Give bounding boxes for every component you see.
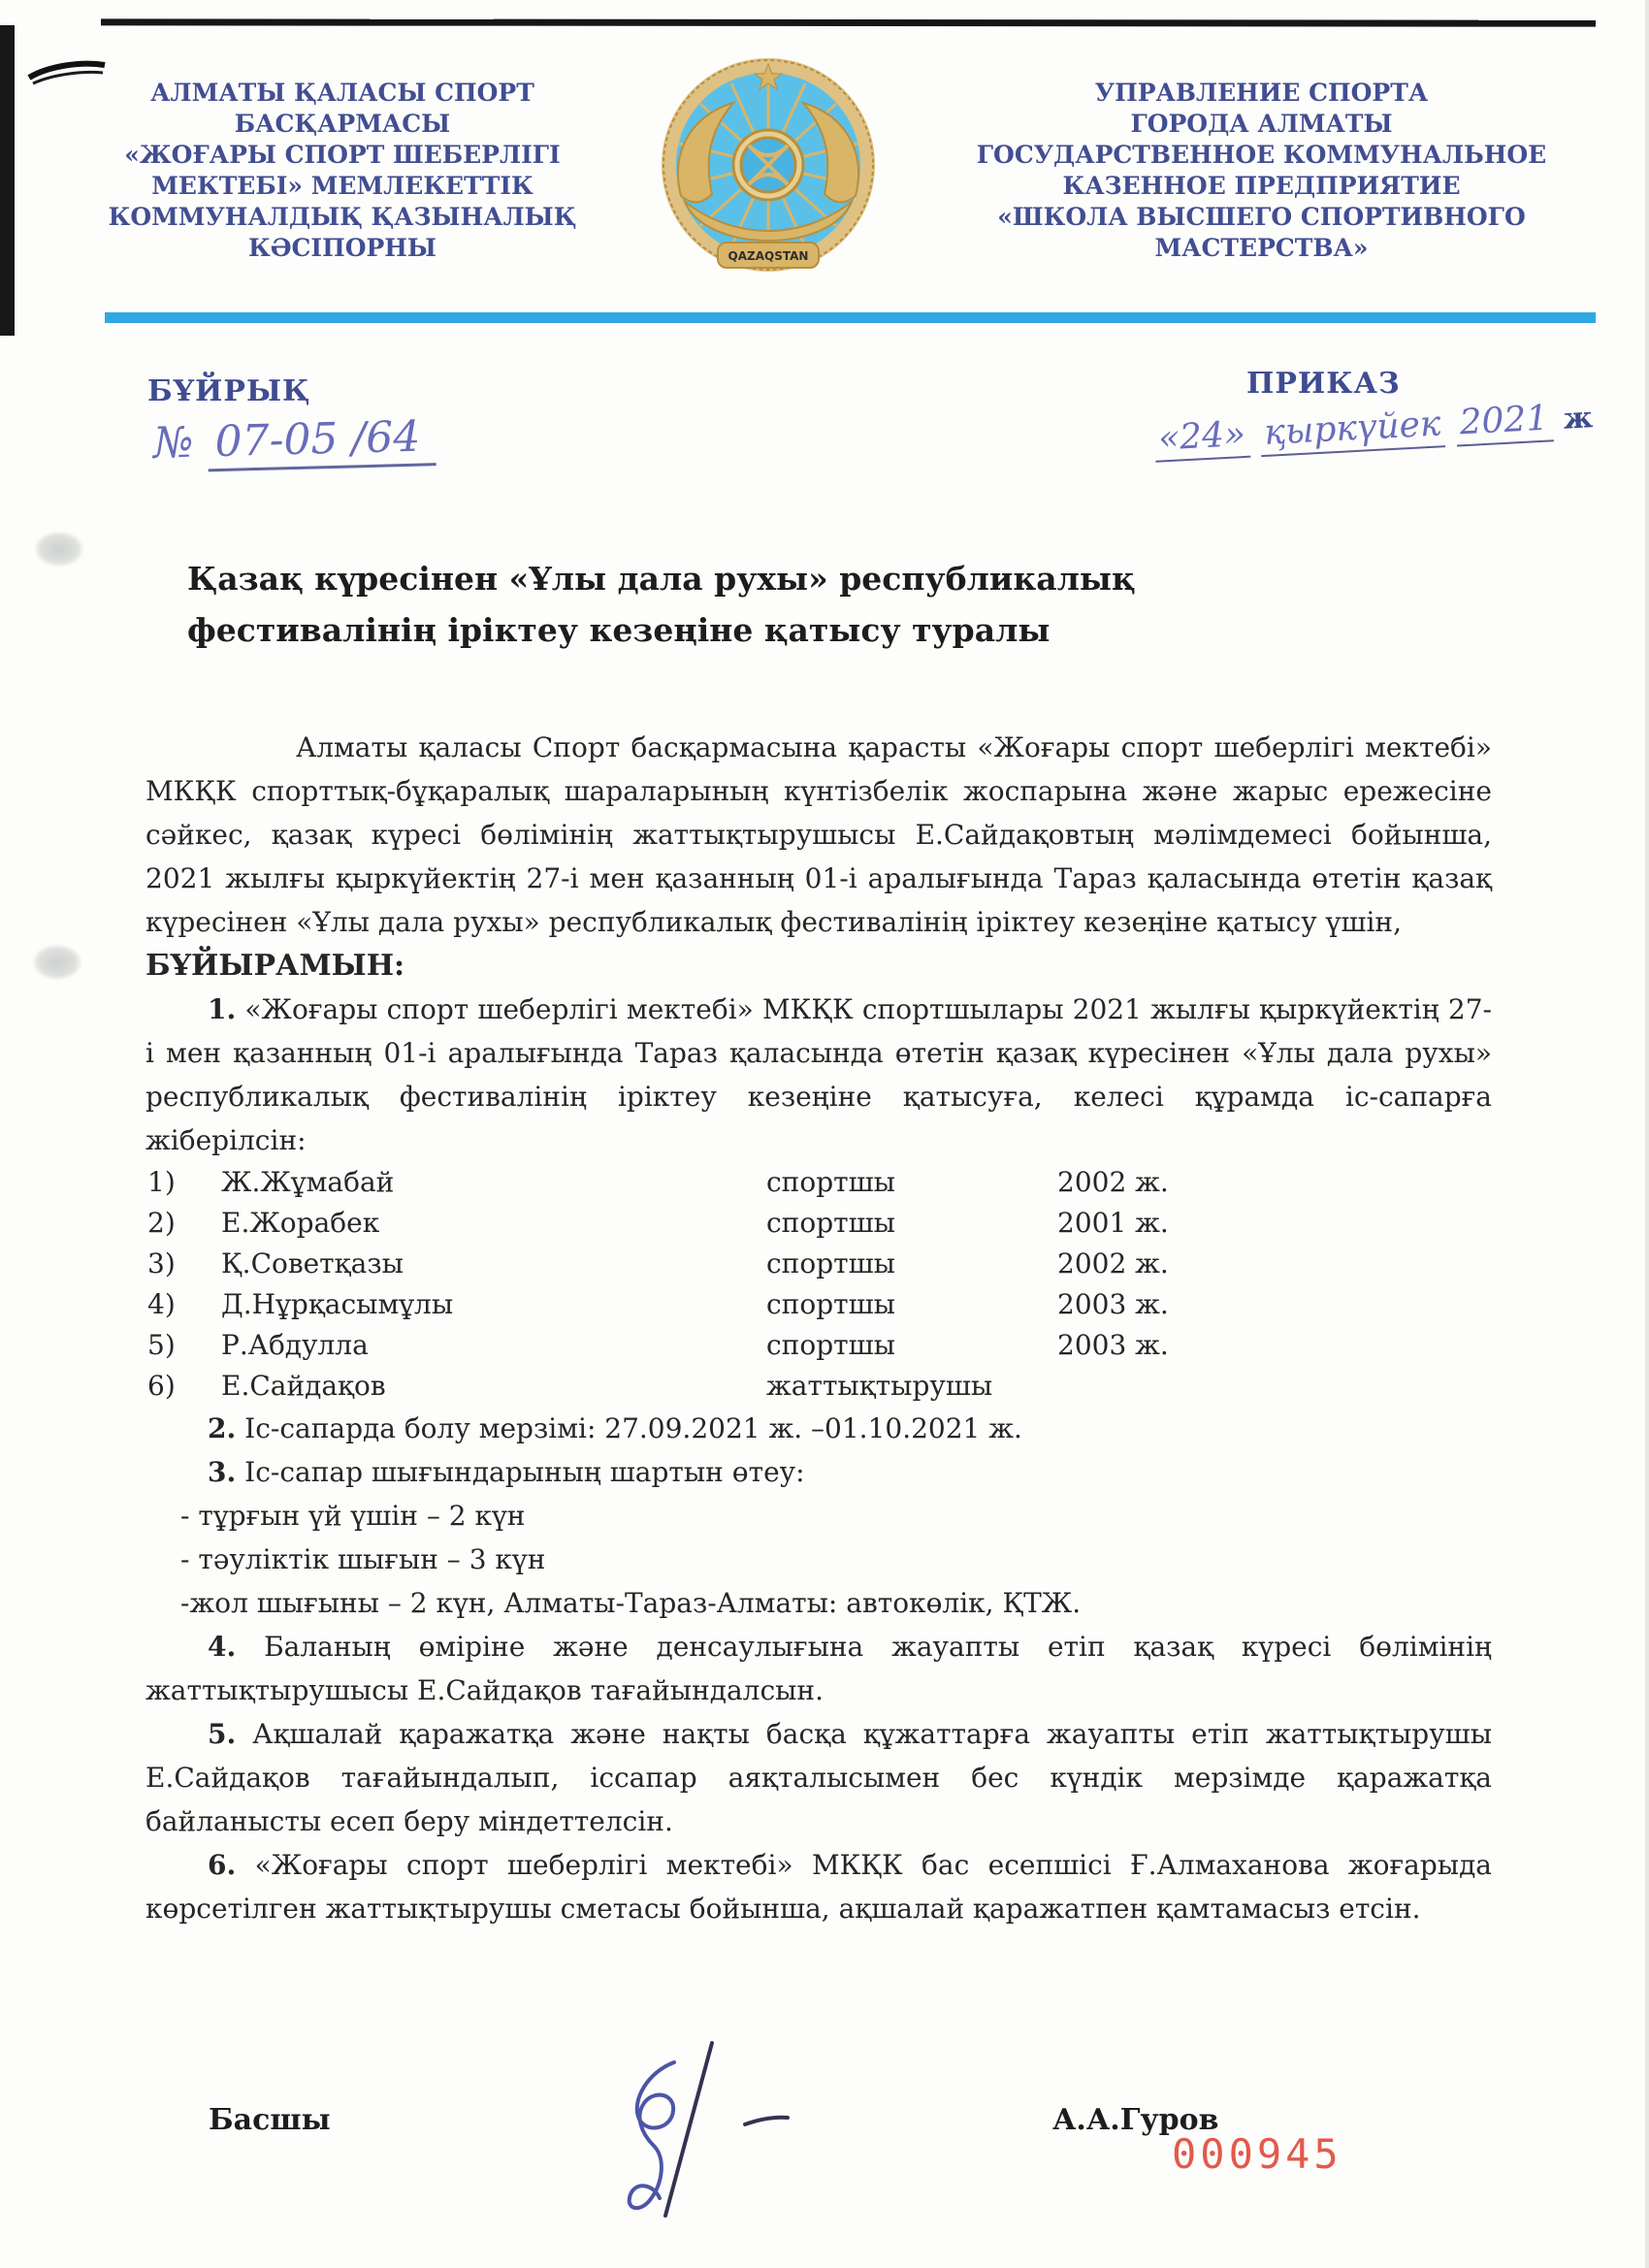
roster-role: спортшы: [766, 1244, 1057, 1284]
roster-role: спортшы: [766, 1325, 1057, 1366]
point-5-text: Ақшалай қаражатқа және нақты басқа құжат…: [145, 1718, 1492, 1837]
athlete-roster: 1) Ж.Жұмабай спортшы 2002 ж. 2) Е.Жорабе…: [145, 1162, 1492, 1407]
roster-role: спортшы: [766, 1284, 1057, 1325]
registration-stamp-number: 000945: [1172, 2130, 1342, 2178]
title-line-1: Қазақ күресінен «Ұлы дала рухы» республи…: [187, 553, 1254, 604]
org-name-kazakh: АЛМАТЫ ҚАЛАСЫ СПОРТ БАСҚАРМАСЫ «ЖОҒАРЫ С…: [85, 78, 599, 264]
kazakhstan-coat-of-arms-icon: QAZAQSTAN: [652, 50, 885, 283]
point-3-text: Іс-сапар шығындарының шартын өтеу:: [236, 1456, 804, 1488]
roster-year: 2003 ж.: [1057, 1325, 1492, 1366]
date-day-handwritten: «24»: [1153, 414, 1250, 463]
roster-index: 2): [145, 1203, 221, 1244]
signature-scribble: [582, 2035, 873, 2244]
roster-year: 2002 ж.: [1057, 1162, 1492, 1203]
org-line: КАЗЕННОЕ ПРЕДПРИЯТИЕ: [958, 171, 1565, 202]
roster-year: 2001 ж.: [1057, 1203, 1492, 1244]
number-sign: №: [152, 418, 194, 469]
roster-name: Е.Сайдақов: [221, 1366, 766, 1407]
order-label-kazakh: БҰЙРЫҚ: [147, 374, 310, 408]
scan-smudge: [35, 532, 83, 567]
org-line: ГОРОДА АЛМАТЫ: [958, 109, 1565, 140]
emblem-banner-text: QAZAQSTAN: [728, 249, 809, 263]
point-2-number: 2.: [208, 1412, 236, 1444]
signer-position: Басшы: [209, 2103, 331, 2137]
org-line: МАСТЕРСТВА»: [958, 233, 1565, 264]
roster-year: [1057, 1366, 1492, 1407]
order-number-handwritten: 07-05 /64: [207, 411, 436, 471]
roster-index: 4): [145, 1284, 221, 1325]
point-3: 3. Іс-сапар шығындарының шартын өтеу:: [145, 1450, 1492, 1494]
org-line: КОММУНАЛДЫҚ ҚАЗЫНАЛЫҚ: [85, 202, 599, 233]
order-label-russian: ПРИКАЗ: [1246, 367, 1401, 401]
org-line: МЕКТЕБІ» МЕМЛЕКЕТТІК: [85, 171, 599, 202]
roster-index: 3): [145, 1244, 221, 1284]
roster-name: Д.Нұрқасымұлы: [221, 1284, 766, 1325]
point-2: 2. Іс-сапарда болу мерзімі: 27.09.2021 ж…: [145, 1407, 1492, 1450]
org-line: КӘСІПОРНЫ: [85, 233, 599, 264]
scan-edge-right: [1645, 0, 1649, 2268]
roster-name: Ж.Жұмабай: [221, 1162, 766, 1203]
preamble-paragraph: Алматы қаласы Спорт басқармасына қарасты…: [145, 726, 1492, 944]
point-1: 1. «Жоғары спорт шеберлігі мектебі» МКҚК…: [145, 988, 1492, 1162]
org-line: АЛМАТЫ ҚАЛАСЫ СПОРТ: [85, 78, 599, 109]
point-4: 4. Баланың өміріне және денсаулығына жау…: [145, 1625, 1492, 1712]
org-line: «ШКОЛА ВЫСШЕГО СПОРТИВНОГО: [958, 202, 1565, 233]
roster-year: 2002 ж.: [1057, 1244, 1492, 1284]
date-suffix: ж: [1563, 401, 1594, 437]
roster-name: Е.Жорабек: [221, 1203, 766, 1244]
document-body: Алматы қаласы Спорт басқармасына қарасты…: [145, 726, 1492, 1930]
roster-index: 1): [145, 1162, 221, 1203]
date-year-handwritten: 2021: [1455, 398, 1554, 446]
point-6: 6. «Жоғары спорт шеберлігі мектебі» МКҚК…: [145, 1843, 1492, 1930]
point-2-text: Іс-сапарда болу мерзімі: 27.09.2021 ж. –…: [236, 1412, 1022, 1444]
roster-row: 3) Қ.Советқазы спортшы 2002 ж.: [145, 1244, 1492, 1284]
roster-row: 6) Е.Сайдақов жаттықтырушы: [145, 1366, 1492, 1407]
roster-row: 5) Р.Абдулла спортшы 2003 ж.: [145, 1325, 1492, 1366]
roster-name: Р.Абдулла: [221, 1325, 766, 1366]
header-divider-bar: [105, 312, 1596, 323]
point-6-number: 6.: [208, 1849, 236, 1881]
roster-index: 5): [145, 1325, 221, 1366]
document-title: Қазақ күресінен «Ұлы дала рухы» республи…: [187, 553, 1254, 656]
roster-year: 2003 ж.: [1057, 1284, 1492, 1325]
roster-index: 6): [145, 1366, 221, 1407]
org-line: БАСҚАРМАСЫ: [85, 109, 599, 140]
point-5: 5. Ақшалай қаражатқа және нақты басқа құ…: [145, 1712, 1492, 1843]
point-4-number: 4.: [208, 1631, 236, 1663]
point-1-number: 1.: [208, 993, 236, 1025]
roster-role: спортшы: [766, 1203, 1057, 1244]
point-5-number: 5.: [208, 1718, 236, 1750]
roster-role: спортшы: [766, 1162, 1057, 1203]
roster-row: 1) Ж.Жұмабай спортшы 2002 ж.: [145, 1162, 1492, 1203]
roster-role: жаттықтырушы: [766, 1366, 1057, 1407]
scan-edge-left: [0, 25, 15, 336]
scan-edge-top: [101, 18, 1596, 26]
org-line: «ЖОҒАРЫ СПОРТ ШЕБЕРЛІГІ: [85, 140, 599, 171]
document-page: АЛМАТЫ ҚАЛАСЫ СПОРТ БАСҚАРМАСЫ «ЖОҒАРЫ С…: [0, 0, 1649, 2268]
roster-row: 2) Е.Жорабек спортшы 2001 ж.: [145, 1203, 1492, 1244]
point-1-text: «Жоғары спорт шеберлігі мектебі» МКҚК сп…: [145, 993, 1492, 1156]
scan-smudge: [33, 945, 81, 980]
org-line: УПРАВЛЕНИЕ СПОРТА: [958, 78, 1565, 109]
point-3-number: 3.: [208, 1456, 236, 1488]
expense-item: - тәуліктік шығын – 3 күн: [145, 1538, 1492, 1581]
roster-row: 4) Д.Нұрқасымұлы спортшы 2003 ж.: [145, 1284, 1492, 1325]
order-date: «24» қыркүйек 2021 ж: [1153, 396, 1594, 463]
title-line-2: фестивалінің іріктеу кезеңіне қатысу тур…: [187, 604, 1254, 656]
expense-item: -жол шығыны – 2 күн, Алматы-Тараз-Алматы…: [145, 1581, 1492, 1625]
expense-item: - тұрғын үй үшін – 2 күн: [145, 1494, 1492, 1538]
org-line: ГОСУДАРСТВЕННОЕ КОММУНАЛЬНОЕ: [958, 140, 1565, 171]
org-name-russian: УПРАВЛЕНИЕ СПОРТА ГОРОДА АЛМАТЫ ГОСУДАРС…: [958, 78, 1565, 264]
point-6-text: «Жоғары спорт шеберлігі мектебі» МКҚК ба…: [145, 1849, 1492, 1925]
order-number: № 07-05 /64: [152, 411, 436, 473]
decree-word: БҰЙЫРАМЫН:: [145, 944, 1492, 988]
roster-name: Қ.Советқазы: [221, 1244, 766, 1284]
date-month-handwritten: қыркүйек: [1259, 404, 1445, 457]
point-4-text: Баланың өміріне және денсаулығына жауапт…: [145, 1631, 1492, 1706]
